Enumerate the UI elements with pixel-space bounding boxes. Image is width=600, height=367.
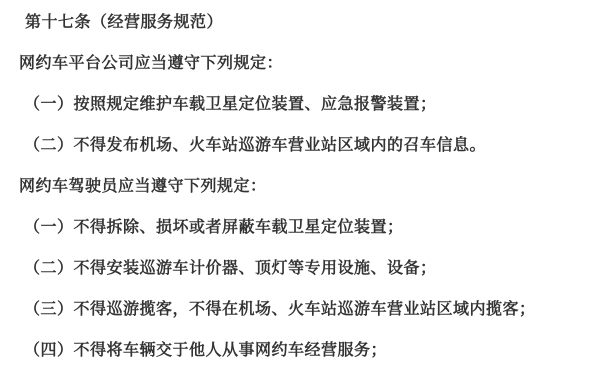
platform-rules-heading: 网约车平台公司应当遵守下列规定：: [19, 55, 582, 72]
driver-rule-item-1: （一）不得拆除、损坏或者屏蔽车载卫星定位装置；: [19, 219, 582, 236]
driver-rule-item-4: （四）不得将车辆交于他人从事网约车经营服务；: [19, 342, 582, 359]
driver-rules-heading: 网约车驾驶员应当遵守下列规定：: [19, 178, 582, 195]
document-body: 第十七条（经营服务规范） 网约车平台公司应当遵守下列规定： （一）按照规定维护车…: [0, 0, 600, 359]
article-title: 第十七条（经营服务规范）: [19, 14, 582, 31]
driver-rule-item-2: （二）不得安装巡游车计价器、顶灯等专用设施、设备；: [19, 260, 582, 277]
platform-rule-item-2: （二）不得发布机场、火车站巡游车营业站区域内的召车信息。: [19, 137, 582, 154]
platform-rule-item-1: （一）按照规定维护车载卫星定位装置、应急报警装置；: [19, 96, 582, 113]
driver-rule-item-3: （三）不得巡游揽客，不得在机场、火车站巡游车营业站区域内揽客；: [19, 301, 582, 318]
document-page: 第十七条（经营服务规范） 网约车平台公司应当遵守下列规定： （一）按照规定维护车…: [0, 0, 600, 367]
